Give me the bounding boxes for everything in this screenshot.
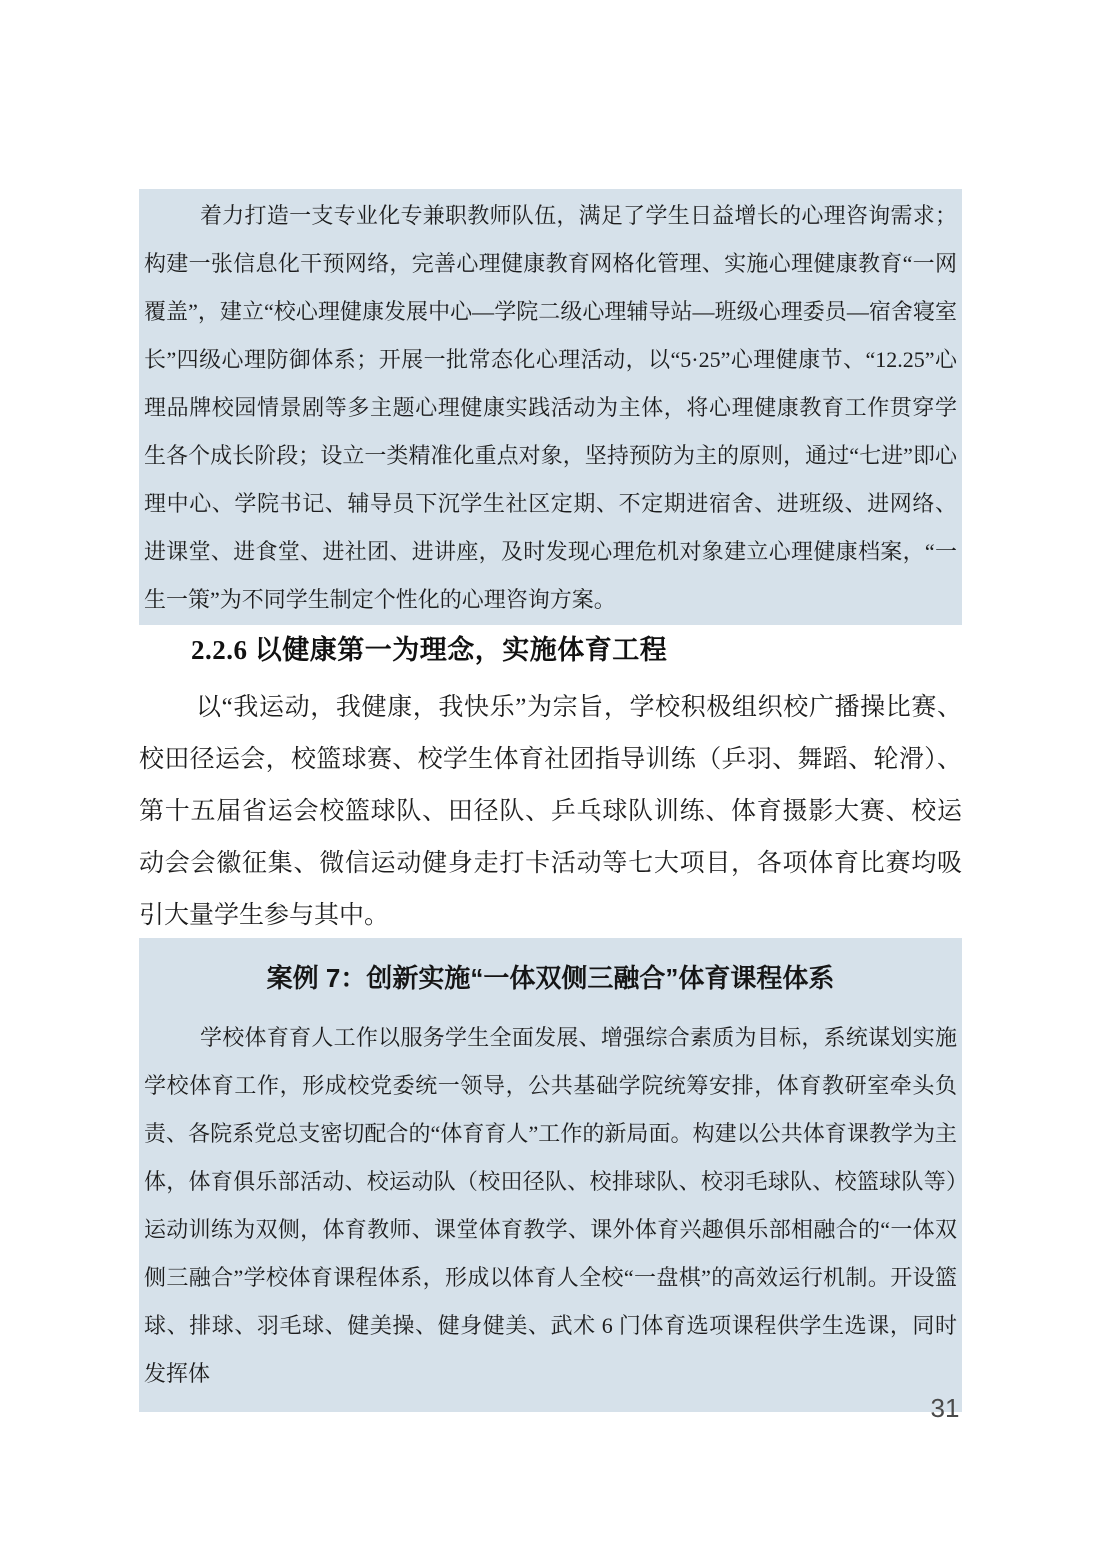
case-title: 案例 7：创新实施“一体双侧三融合”体育课程体系 xyxy=(144,958,957,998)
case-block: 案例 7：创新实施“一体双侧三融合”体育课程体系 学校体育育人工作以服务学生全面… xyxy=(139,938,962,1412)
case-paragraph: 学校体育育人工作以服务学生全面发展、增强综合素质为目标，系统谋划实施学校体育工作… xyxy=(144,1014,957,1398)
highlight-psychology-paragraph: 着力打造一支专业化专兼职教师队伍，满足了学生日益增长的心理咨询需求；构建一张信息… xyxy=(144,192,957,624)
section-heading: 2.2.6 以健康第一为理念，实施体育工程 xyxy=(139,632,962,668)
highlight-block-psychology: 着力打造一支专业化专兼职教师队伍，满足了学生日益增长的心理咨询需求；构建一张信息… xyxy=(139,189,962,625)
section-2-2-6: 2.2.6 以健康第一为理念，实施体育工程 以“我运动，我健康，我快乐”为宗旨，… xyxy=(139,632,962,942)
page-number: 31 xyxy=(905,1392,985,1424)
section-paragraph: 以“我运动，我健康，我快乐”为宗旨，学校积极组织校广播操比赛、校田径运会，校篮球… xyxy=(139,682,962,942)
document-page: 着力打造一支专业化专兼职教师队伍，满足了学生日益增长的心理咨询需求；构建一张信息… xyxy=(0,0,1102,1559)
